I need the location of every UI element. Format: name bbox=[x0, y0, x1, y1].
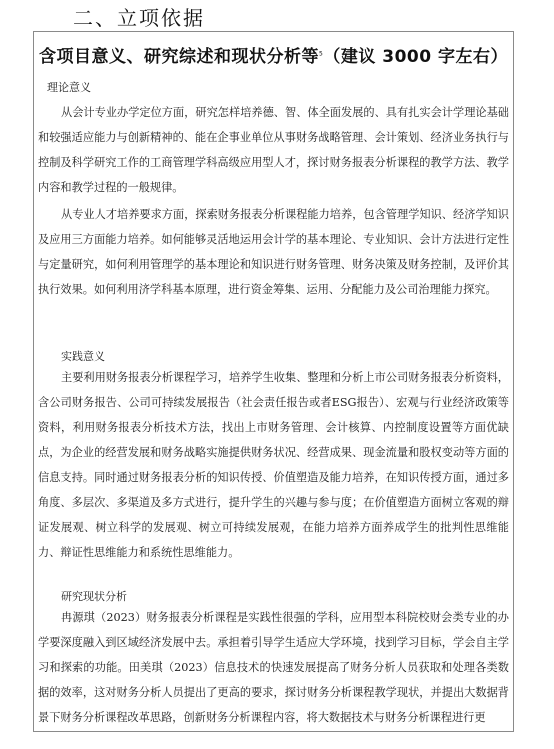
box-title-note: （建议 3000 字左右） bbox=[323, 47, 508, 67]
status-paragraph: 冉源琪（2023）财务报表分析课程是实践性很强的学科，应用型本科院校财会类专业的… bbox=[38, 605, 509, 730]
theory-paragraph-2: 从专业人才培养要求方面，探索财务报表分析课程能力培养，包含管理学知识、经济学知识… bbox=[38, 202, 509, 302]
theory-paragraph-1: 从会计专业办学定位方面，研究怎样培养德、智、体全面发展的、具有扎实会计学理论基础… bbox=[38, 100, 509, 200]
status-heading: 研究现状分析 bbox=[61, 588, 127, 604]
practice-heading: 实践意义 bbox=[61, 348, 105, 364]
box-title-main: 含项目意义、研究综述和现状分析等 bbox=[39, 47, 319, 67]
practice-paragraph: 主要利用财务报表分析课程学习，培养学生收集、整理和分析上市公司财务报表分析资料，… bbox=[38, 365, 509, 565]
section-heading: 二、立项依据 bbox=[73, 2, 205, 31]
content-box: 含项目意义、研究综述和现状分析等5（建议 3000 字左右） 理论意义 从会计专… bbox=[33, 31, 514, 732]
theory-heading: 理论意义 bbox=[47, 79, 91, 95]
box-title: 含项目意义、研究综述和现状分析等5（建议 3000 字左右） bbox=[34, 42, 513, 67]
